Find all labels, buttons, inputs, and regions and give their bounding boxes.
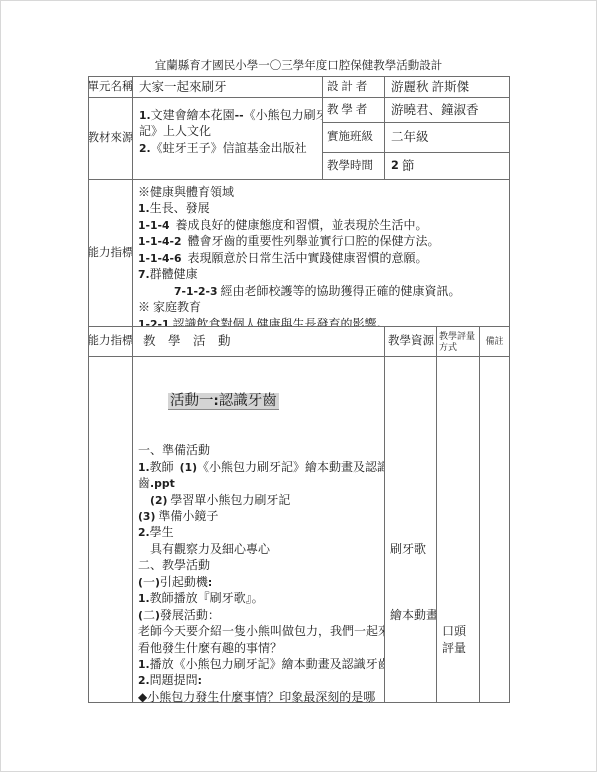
activity-heading: 活動一:認識牙齒 xyxy=(168,393,279,410)
designer-label: 設 計 者 xyxy=(323,76,385,98)
teacher-value: 游曉君、鐘淑香 xyxy=(385,98,510,123)
time-label: 教學時間 xyxy=(323,153,385,180)
lesson-plan-table: 單元名稱 大家一起來刷牙 設 計 者 游麗秋 許斯傑 教材來源 1.文建會繪本花… xyxy=(88,76,510,703)
header-teaching-activity: 教 學 活 動 xyxy=(133,327,385,357)
class-value: 二年級 xyxy=(385,123,510,153)
activity-heading-line: 活動一:認識牙齒 xyxy=(138,393,382,409)
document-title: 宜蘭縣育才國民小學一〇三學年度口腔保健教學活動設計 xyxy=(0,57,597,73)
designer-value: 游麗秋 許斯傑 xyxy=(385,76,510,98)
teacher-label: 教 學 者 xyxy=(323,98,385,123)
content-evaluation-cell: 口頭評量 xyxy=(437,357,480,703)
content-indicators-cell xyxy=(88,357,133,703)
indicators-content: ※健康與體育領域1.生長、發展1-1-4 養成良好的健康態度和習慣，並表現於生活… xyxy=(133,180,510,327)
material-source-value: 1.文建會繪本花園--《小熊包力刷牙記》上人文化2.《蛀牙王子》信誼基金出版社 xyxy=(133,98,323,180)
content-activity-cell: 活動一:認識牙齒 一、準備活動1.教師 (1)《小熊包力刷牙記》繪本動畫及認識牙… xyxy=(133,357,385,703)
unit-name-value: 大家一起來刷牙 xyxy=(133,76,323,98)
indicators-label: 能力指標 xyxy=(88,180,133,327)
time-value: 2 節 xyxy=(385,153,510,180)
header-remarks: 備註 xyxy=(480,327,510,357)
header-teaching-resources: 教學資源 xyxy=(385,327,437,357)
header-indicators: 能力指標 xyxy=(88,327,133,357)
lesson-plan-page: { "colors": { "highlight": "#d4d4d4", "b… xyxy=(0,0,597,772)
material-source-label: 教材來源 xyxy=(88,98,133,180)
content-resources-cell: 刷牙歌繪本動畫 xyxy=(385,357,437,703)
unit-name-label: 單元名稱 xyxy=(88,76,133,98)
class-label: 實施班級 xyxy=(323,123,385,153)
content-remarks-cell xyxy=(480,357,510,703)
activity-lines: 一、準備活動1.教師 (1)《小熊包力刷牙記》繪本動畫及認識牙齒.ppt (2)… xyxy=(138,442,382,703)
header-evaluation-method: 教學評量方式 xyxy=(437,327,480,357)
